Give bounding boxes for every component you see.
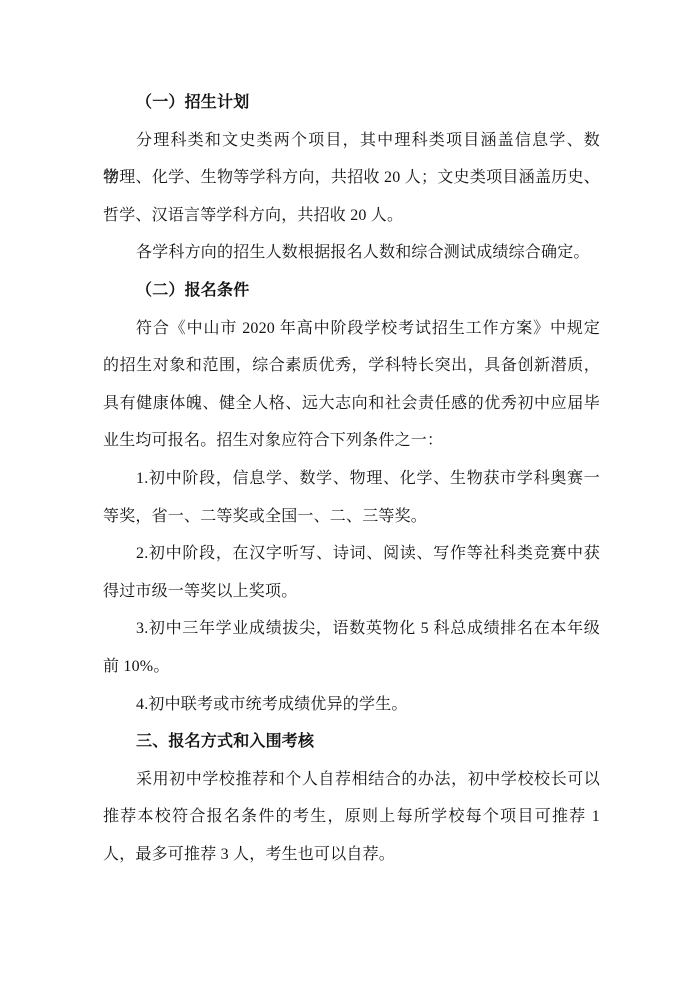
paragraph-line: 的招生对象和范围，综合素质优秀，学科特长突出，具备创新潜质， — [103, 347, 600, 385]
paragraph-line: 业生均可报名。招生对象应符合下列条件之一： — [103, 422, 600, 460]
paragraph-line: 分理科类和文史类两个项目，其中理科类项目涵盖信息学、数学、 — [103, 122, 600, 160]
list-item-4-line: 4.初中联考或市统考成绩优异的学生。 — [103, 686, 600, 724]
list-item-3-line: 3.初中三年学业成绩拔尖，语数英物化 5 科总成绩排名在本年级 — [103, 610, 600, 648]
list-item-2-line: 2.初中阶段，在汉字听写、诗词、阅读、写作等社科类竞赛中获 — [103, 535, 600, 573]
paragraph-line: 具有健康体魄、健全人格、远大志向和社会责任感的优秀初中应届毕 — [103, 385, 600, 423]
paragraph-line: 采用初中学校推荐和个人自荐相结合的办法，初中学校校长可以 — [103, 761, 600, 799]
paragraph-line: 人，最多可推荐 3 人，考生也可以自荐。 — [103, 836, 600, 874]
list-item-3-line: 前 10%。 — [103, 648, 600, 686]
list-item-2-line: 得过市级一等奖以上奖项。 — [103, 573, 600, 611]
paragraph-line: 物理、化学、生物等学科方向，共招收 20 人；文史类项目涵盖历史、 — [103, 159, 600, 197]
section-heading-application-terms: （二）报名条件 — [103, 272, 600, 310]
list-item-1-line: 等奖，省一、二等奖或全国一、二、三等奖。 — [103, 498, 600, 536]
document-body: （一）招生计划 分理科类和文史类两个项目，其中理科类项目涵盖信息学、数学、 物理… — [103, 84, 600, 873]
list-item-1-line: 1.初中阶段，信息学、数学、物理、化学、生物获市学科奥赛一 — [103, 460, 600, 498]
paragraph-line: 各学科方向的招生人数根据报名人数和综合测试成绩综合确定。 — [103, 234, 600, 272]
paragraph-line: 推荐本校符合报名条件的考生，原则上每所学校每个项目可推荐 1 — [103, 798, 600, 836]
paragraph-line: 哲学、汉语言等学科方向，共招收 20 人。 — [103, 197, 600, 235]
document-page: （一）招生计划 分理科类和文史类两个项目，其中理科类项目涵盖信息学、数学、 物理… — [0, 0, 700, 989]
section-heading-enrollment-plan: （一）招生计划 — [103, 84, 600, 122]
paragraph-line: 符合《中山市 2020 年高中阶段学校考试招生工作方案》中规定 — [103, 310, 600, 348]
section-heading-application-method: 三、报名方式和入围考核 — [103, 723, 600, 761]
